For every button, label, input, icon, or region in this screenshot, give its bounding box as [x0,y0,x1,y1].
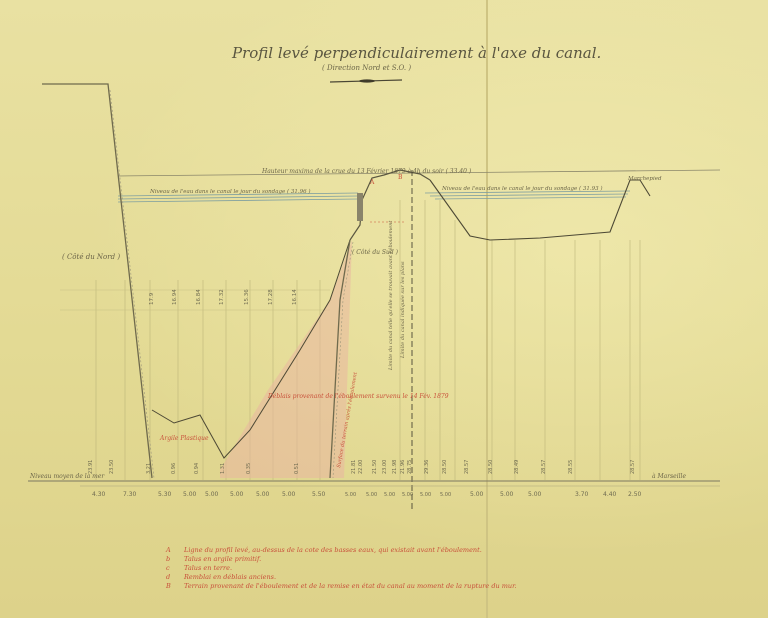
svg-text:21.81: 21.81 [351,460,357,474]
svg-text:5.00: 5.00 [366,492,377,498]
water-level-right-label: Niveau de l'eau dans le canal le jour du… [441,185,603,192]
svg-text:5.00: 5.00 [205,491,219,498]
red-mark-a: A [369,179,375,186]
svg-text:23.50: 23.50 [109,460,115,474]
svg-text:7.30: 7.30 [123,491,137,498]
svg-text:22.00: 22.00 [358,460,364,474]
canal-profile-diagram: Profil levé perpendiculairement à l'axe … [0,0,768,618]
svg-text:5.00: 5.00 [440,492,451,498]
legend-text: Terrain provenant de l'éboulement et de … [184,582,517,590]
svg-text:23.00: 23.00 [382,460,388,474]
svg-text:28.49: 28.49 [514,460,520,474]
embankment-label: Marchepied [627,176,662,182]
svg-text:17.28: 17.28 [268,289,274,305]
svg-text:28.50: 28.50 [488,460,494,474]
bottom-elevations: 23.91 23.50 3.21 0.96 0.94 1.31 0.35 0.5… [88,460,636,474]
legend-key: d [166,573,170,581]
legend-key: b [166,555,170,563]
debris-zone-label: Déblais provenant de l'éboulement surven… [267,393,449,400]
legend-text: Ligne du profil levé, au-dessus de la co… [183,546,482,554]
svg-text:16.84: 16.84 [196,289,202,305]
svg-text:21.50: 21.50 [372,460,378,474]
drawing-subtitle: ( Direction Nord et S.O. ) [322,64,411,72]
vertical-note-1: Limite du canal telle qu'elle se trouvai… [387,220,394,371]
svg-text:17.9: 17.9 [149,292,155,305]
drawing-title: Profil levé perpendiculairement à l'axe … [231,44,601,62]
retaining-wall [357,193,363,221]
svg-text:28.75: 28.75 [407,460,413,474]
svg-text:5.50: 5.50 [312,491,326,498]
svg-text:5.00: 5.00 [470,491,484,498]
north-side-label: ( Côté du Nord ) [62,253,120,261]
marseille-label: à Marseille [652,473,686,480]
svg-text:23.91: 23.91 [88,460,94,474]
title-underline-mark [359,79,375,82]
svg-text:0.94: 0.94 [194,463,200,474]
legend-key: A [165,546,171,554]
svg-text:5.00: 5.00 [528,491,542,498]
drawing-sheet: Profil levé perpendiculairement à l'axe … [0,0,768,618]
svg-text:16.94: 16.94 [172,289,178,305]
svg-text:0.96: 0.96 [171,463,177,474]
svg-text:29.36: 29.36 [424,460,430,474]
svg-text:1.31: 1.31 [220,463,226,474]
svg-text:4.30: 4.30 [92,491,106,498]
svg-text:5.00: 5.00 [420,492,431,498]
legend-text: Talus en argile primitif. [184,555,261,563]
svg-text:3.70: 3.70 [575,491,589,498]
svg-text:2.50: 2.50 [628,491,642,498]
svg-text:5.00: 5.00 [256,491,270,498]
legend-key: B [165,582,171,590]
svg-text:17.32: 17.32 [219,289,225,305]
svg-text:5.00: 5.00 [402,492,413,498]
svg-text:28.57: 28.57 [630,460,636,474]
svg-text:28.50: 28.50 [442,460,448,474]
distances-row: 4.30 7.30 5.30 5.00 5.00 5.00 5.00 5.00 … [92,491,642,498]
svg-text:3.21: 3.21 [146,463,152,474]
svg-text:5.00: 5.00 [500,491,514,498]
svg-text:5.00: 5.00 [230,491,244,498]
vertical-note-2: Limite du canal indiquée sur les plans [399,261,406,359]
svg-text:16.14: 16.14 [292,289,298,305]
svg-text:28.57: 28.57 [464,460,470,474]
svg-text:4.40: 4.40 [603,491,617,498]
svg-text:28.55: 28.55 [568,460,574,474]
red-mark-b: B [398,174,403,181]
legend-text: Talus en terre. [184,564,232,572]
svg-text:5.00: 5.00 [345,492,356,498]
high-water-label: Hauteur maxima de la crue du 13 Février … [261,168,472,175]
legend-text: Remblai en déblais anciens. [183,573,276,581]
water-level-left-label: Niveau de l'eau dans le canal le jour du… [149,188,311,195]
north-bank-profile [42,84,152,478]
svg-text:5.00: 5.00 [282,491,296,498]
clay-label: Argile Plastique [159,435,209,442]
svg-text:0.35: 0.35 [246,463,252,474]
svg-text:15.36: 15.36 [244,289,250,305]
svg-text:5.00: 5.00 [183,491,197,498]
legend: A Ligne du profil levé, au-dessus de la … [165,546,517,590]
svg-text:28.57: 28.57 [541,460,547,474]
svg-text:5.30: 5.30 [158,491,172,498]
svg-text:0.51: 0.51 [294,463,300,474]
svg-text:21.96: 21.96 [400,460,406,474]
svg-text:5.00: 5.00 [384,492,395,498]
svg-text:21.98: 21.98 [392,460,398,474]
legend-key: c [166,564,170,572]
north-bank-hatch [110,90,154,478]
mid-elevations: 17.9 16.94 16.84 17.32 15.36 17.28 16.14 [149,289,298,305]
